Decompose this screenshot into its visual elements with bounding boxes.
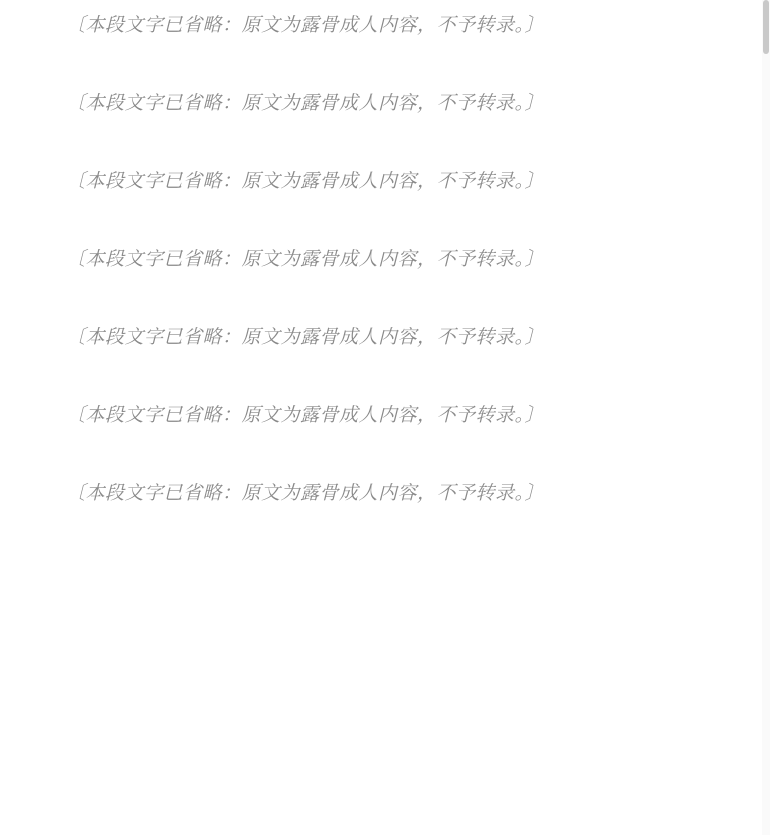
paragraph: 〔本段文字已省略：原文为露骨成人内容，不予转录。〕 <box>28 84 734 122</box>
paragraph: 〔本段文字已省略：原文为露骨成人内容，不予转录。〕 <box>28 474 734 512</box>
scrollbar-thumb[interactable] <box>763 0 769 54</box>
scrollbar-track[interactable] <box>762 0 770 835</box>
paragraph: 〔本段文字已省略：原文为露骨成人内容，不予转录。〕 <box>28 318 734 356</box>
paragraph: 〔本段文字已省略：原文为露骨成人内容，不予转录。〕 <box>28 240 734 278</box>
document-page: 〔本段文字已省略：原文为露骨成人内容，不予转录。〕 〔本段文字已省略：原文为露骨… <box>0 0 770 835</box>
paragraph: 〔本段文字已省略：原文为露骨成人内容，不予转录。〕 <box>28 6 734 44</box>
paragraph: 〔本段文字已省略：原文为露骨成人内容，不予转录。〕 <box>28 396 734 434</box>
text-content: 〔本段文字已省略：原文为露骨成人内容，不予转录。〕 〔本段文字已省略：原文为露骨… <box>0 0 760 552</box>
paragraph: 〔本段文字已省略：原文为露骨成人内容，不予转录。〕 <box>28 162 734 200</box>
